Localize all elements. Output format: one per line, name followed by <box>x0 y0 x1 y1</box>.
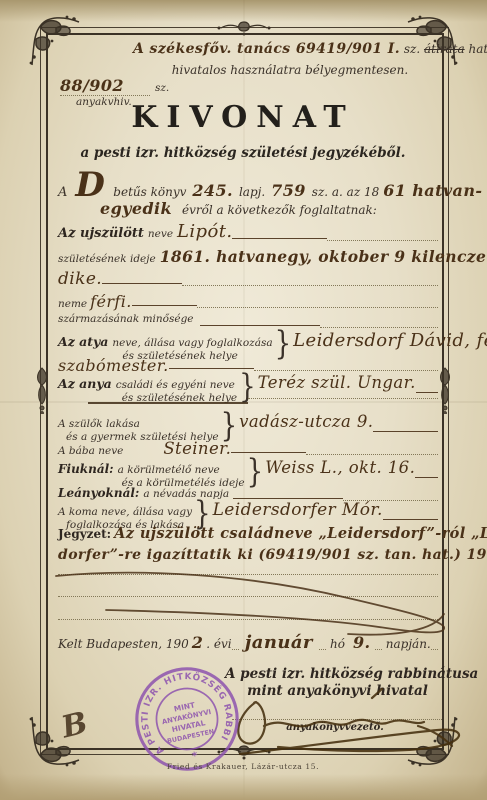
document-subtitle: a pesti izr. hitközség születési jegyzék… <box>46 145 440 161</box>
field-label: A bába neve <box>58 445 123 457</box>
day-handwritten: 9. <box>353 633 371 652</box>
field-label-bold: Az anya <box>58 376 112 391</box>
field-birthdate: születésének ideje 1861. hatvanegy, okto… <box>58 247 438 271</box>
birthdate-handwritten-cont: dike. <box>58 269 102 289</box>
reference-block: 88/902 sz. <box>60 76 169 95</box>
field-label-line1: neve, állása vagy foglalkozása <box>112 337 272 350</box>
mother-name-handwritten: Teréz szül. Ungar. <box>258 373 416 392</box>
intro-line2: egyedik évről a következők foglaltatnak: <box>100 199 430 221</box>
intro-lapj: lapj. <box>239 185 265 199</box>
reference-number-handwritten: 88/902 <box>60 76 150 96</box>
field-label-line1: A koma neve, állása vagy <box>58 506 192 519</box>
book-letter-handwritten: D <box>75 168 105 202</box>
field-birthdate-cont: dike. <box>58 269 438 291</box>
decree-note-line2: hivatalos használatra bélyegmentesen. <box>140 63 440 77</box>
field-label: neve <box>148 228 173 240</box>
entry-number-handwritten: 759 <box>271 181 306 200</box>
corner-ornament-icon <box>28 14 80 66</box>
year-digit-handwritten: 2 <box>192 633 204 652</box>
midwife-handwritten: Steiner. <box>163 439 231 458</box>
certificate-document: A székesfőv. tanács 69419/901 I. sz. áti… <box>0 0 487 800</box>
field-label-bold: Az atya <box>58 334 108 349</box>
note-handwritten-line2: dorfer”-re igazíttatik ki (69419/901 sz.… <box>58 547 487 563</box>
center-ornament-icon <box>217 20 271 36</box>
book-page-handwritten: 245. <box>192 181 233 200</box>
dateline-printed1: Kelt Budapesten, 190 <box>58 637 189 651</box>
godfather-handwritten: Leidersdorfer Mór. <box>213 500 383 520</box>
year2-handwritten: egyedik <box>100 199 172 218</box>
dateline-printed3: hó <box>330 637 345 651</box>
decree-note-line1: A székesfőv. tanács 69419/901 I. sz. áti… <box>133 41 487 57</box>
note-label-bold: Jegyzet: <box>58 527 111 541</box>
field-label: neme <box>58 298 87 310</box>
field-boys: Fiuknál: a körülmetélő neve és a körülme… <box>58 458 438 485</box>
document-title: KIVONAT <box>46 100 440 135</box>
brace-glyph: } <box>247 453 264 491</box>
field-label: a névadás napja <box>143 488 229 500</box>
field-residence: A szülők lakása és a gyermek születési h… <box>58 412 438 439</box>
mother-underline-row <box>58 394 438 404</box>
registrar-signature <box>222 686 477 766</box>
field-label-bold: Fiuknál: <box>58 462 114 476</box>
stamp-star-glyph: * <box>191 749 200 763</box>
intro-sz-a-az: sz. a. az 18 <box>312 185 379 199</box>
strikeout-pen-stroke <box>48 564 448 640</box>
decree-struck-word: átirata <box>424 42 465 56</box>
side-ornament-icon <box>33 366 51 414</box>
field-label: születésének ideje <box>58 253 156 265</box>
dateline: Kelt Budapesten, 190 2 . évi január hó 9… <box>58 632 438 655</box>
field-label-line1: a körülmetélő neve <box>118 464 245 477</box>
corner-ornament-icon <box>407 14 459 66</box>
field-label: származásának minősége <box>58 313 194 325</box>
side-ornament-icon <box>436 366 454 414</box>
field-godfather: A koma neve, állása vagy foglalkozása és… <box>58 500 438 527</box>
residence-handwritten: vadász-utcza 9. <box>239 412 373 431</box>
intro-printed-a: A <box>58 185 67 200</box>
field-label-bold: Leányoknál: <box>58 486 139 500</box>
decree-rest: határozata folytán <box>468 42 487 56</box>
field-label-line1: családi és egyéni neve <box>116 379 237 392</box>
sex-handwritten: férfi. <box>90 292 132 311</box>
month-handwritten: január <box>245 632 313 653</box>
field-label-line1: A szülők lakása <box>58 418 219 431</box>
intro-line1: A D betűs könyv 245. lapj. 759 sz. a. az… <box>58 168 438 202</box>
printer-imprint: Fried és Krakauer, Lázár-utcza 15. <box>46 762 440 771</box>
note-handwritten-line1: Az ujszülött családneve „Leidersdorf”-ró… <box>114 525 487 542</box>
newborn-name-handwritten: Lipót. <box>177 221 232 242</box>
field-label-bold: Az ujszülött <box>58 226 144 241</box>
reference-sz-label: sz. <box>155 82 169 94</box>
decree-sz-label: sz. <box>404 42 420 56</box>
office-name-line1: A pesti izr. hitközség rabbinátusa <box>225 666 450 682</box>
field-sex: neme férfi. <box>58 292 438 313</box>
intro-betus-konyv: betűs könyv <box>113 185 186 199</box>
field-newborn-name: Az ujszülött neve Lipót. <box>58 221 438 246</box>
intro-evrol: évről a következők foglaltatnak: <box>182 203 377 217</box>
father-name-handwritten: Leidersdorf Dávid, férfi <box>293 330 487 351</box>
birthdate-handwritten: 1861. hatvanegy, oktober 9 kilencze- <box>160 247 487 266</box>
year-handwritten: 61 hatvan- <box>383 181 482 200</box>
field-father: Az atya neve, állása vagy foglalkozása é… <box>58 330 438 358</box>
dateline-printed4: napján. <box>386 637 431 651</box>
decree-number-handwritten: A székesfőv. tanács 69419/901 I. <box>133 41 400 57</box>
circumciser-handwritten: Weiss L., okt. 16. <box>265 458 415 477</box>
